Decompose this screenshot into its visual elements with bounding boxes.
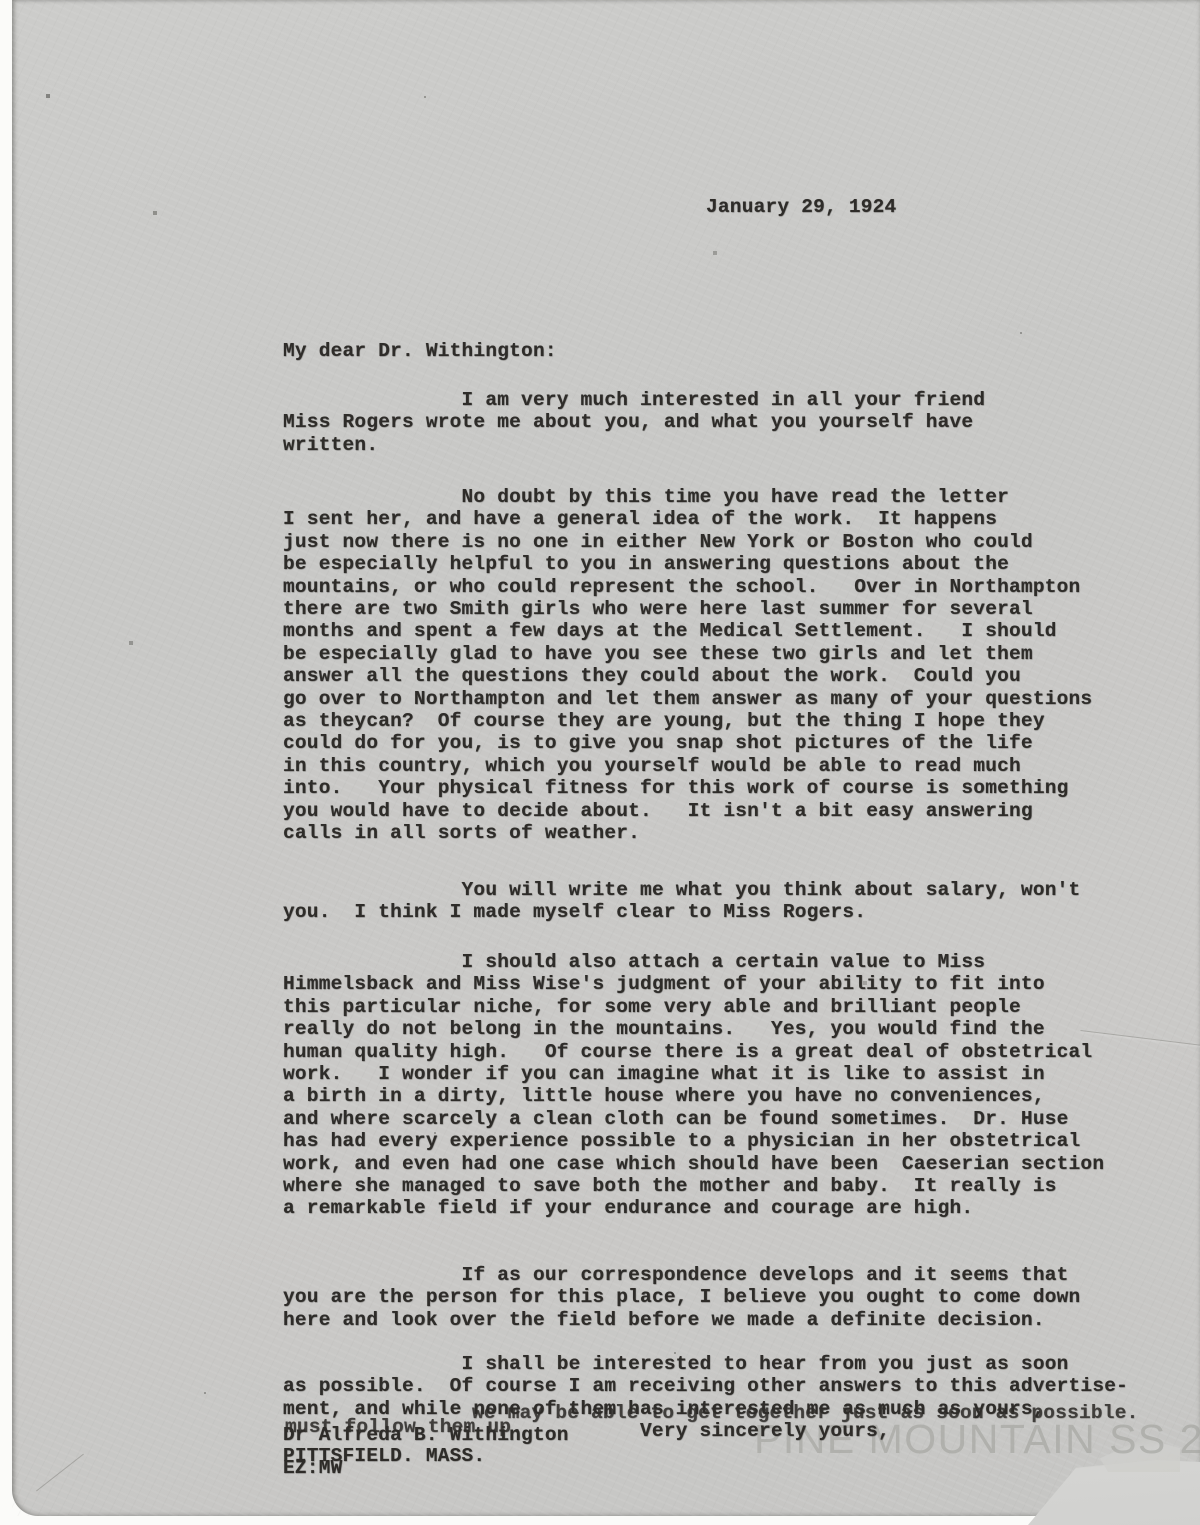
paper-crease-corner: [36, 1454, 84, 1492]
letter-salutation: My dear Dr. Withington:: [283, 340, 557, 362]
paper-specks-decoration: [12, 0, 14, 2]
paragraph-5: If as our correspondence develops and it…: [283, 1264, 1080, 1331]
paragraph-2: No doubt by this time you have read the …: [283, 486, 1092, 845]
letter-date: January 29, 1924: [706, 196, 896, 218]
typist-initials: EZ:MW: [283, 1457, 343, 1479]
paragraph-6: I shall be interested to hear from you j…: [283, 1353, 1128, 1398]
valediction: Very sincerely yours,: [640, 1420, 890, 1442]
paragraph-4: I should also attach a certain value to …: [283, 951, 1104, 1220]
recipient-address-line1: Dr Alfreda B. Withington: [283, 1424, 569, 1446]
paragraph-3: You will write me what you think about s…: [283, 879, 1080, 924]
letter-paper: PINE MOUNTAIN SS 2018 January 29, 1924 M…: [12, 0, 1200, 1516]
scanned-letter-page: PINE MOUNTAIN SS 2018 January 29, 1924 M…: [0, 0, 1200, 1525]
paragraph-1: I am very much interested in all your fr…: [283, 389, 985, 456]
